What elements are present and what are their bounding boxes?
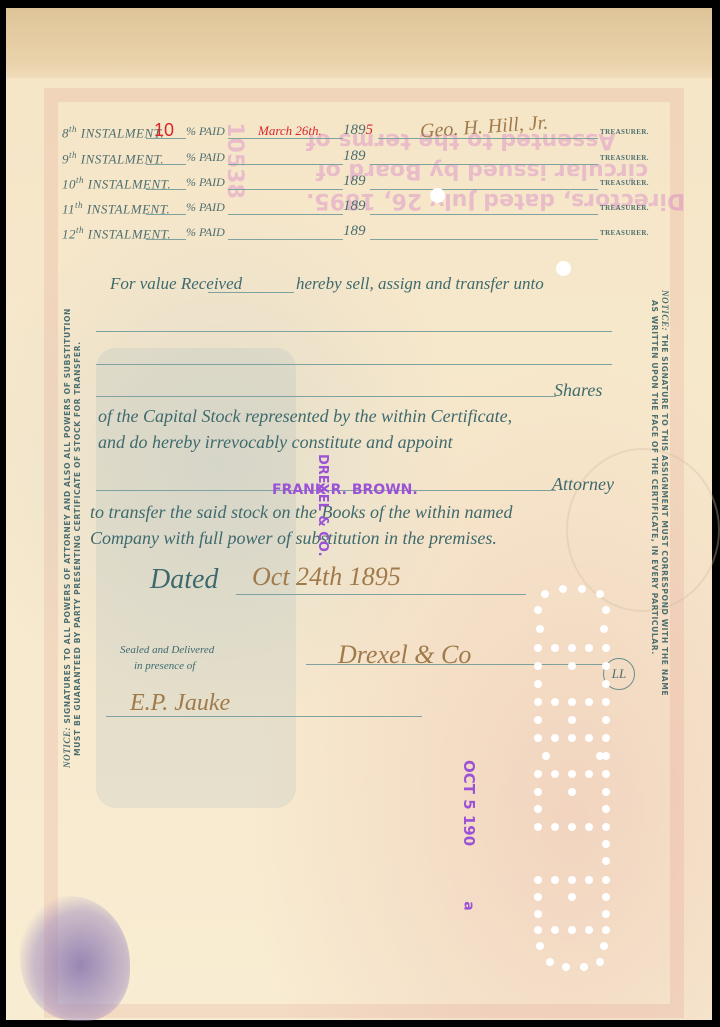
transfer-books-line: to transfer the said stock on the Books … xyxy=(90,502,512,523)
paid-year: 189 xyxy=(343,173,366,190)
percent-paid-label: % PAID xyxy=(186,175,225,190)
instalment-row: 10th INSTALMENT. % PAID 189 TREASURER. xyxy=(6,175,712,195)
dated-label: Dated xyxy=(150,564,218,596)
treasurer-label: TREASURER. xyxy=(600,154,649,162)
instalment-row: 8th INSTALMENT. 10 % PAID March 26th. 18… xyxy=(6,124,712,144)
paid-year: 189 xyxy=(343,198,366,215)
punch-hole xyxy=(556,261,571,276)
in-presence-of-label: in presence of xyxy=(134,660,195,672)
top-stain xyxy=(6,8,712,78)
witness-signature: E.P. Jauke xyxy=(130,690,230,717)
embossed-seal xyxy=(566,448,720,612)
shares-label: Shares xyxy=(554,380,602,401)
percent-paid-label: % PAID xyxy=(186,225,225,240)
constitute-appoint-line: and do hereby irrevocably constitute and… xyxy=(98,432,453,453)
paid-year: 1895 xyxy=(343,122,373,139)
treasurer-label: TREASURER. xyxy=(600,229,649,237)
sell-assign-transfer: hereby sell, assign and transfer unto xyxy=(296,274,544,294)
sealed-delivered-label: Sealed and Delivered xyxy=(120,644,214,656)
percent-paid-label: % PAID xyxy=(186,124,225,139)
paid-year: 189 xyxy=(343,148,366,165)
right-margin-notice: NOTICE: THE SIGNATURE TO THIS ASSIGNMENT… xyxy=(649,290,670,710)
attorney-name-stamp: FRANK R. BROWN. xyxy=(272,482,418,498)
date-received-stamp: OCT 5 190 xyxy=(460,760,478,846)
left-margin-notice: NOTICE: SIGNATURES TO ALL POWERS OF ATTO… xyxy=(62,248,83,768)
dated-value: Oct 24th 1895 xyxy=(252,562,401,592)
instalment-row: 9th INSTALMENT. % PAID 189 TREASURER. xyxy=(6,150,712,170)
paid-date: March 26th. xyxy=(258,123,322,139)
paid-year: 189 xyxy=(343,223,366,240)
percent-paid-label: % PAID xyxy=(186,200,225,215)
assignor-signature: Drexel & Co xyxy=(338,640,471,670)
for-value-received: For value Received xyxy=(110,274,242,294)
date-stamp-suffix: a xyxy=(461,901,477,910)
percent-paid-label: % PAID xyxy=(186,150,225,165)
treasurer-label: TREASURER. xyxy=(600,204,649,212)
treasurer-label: TREASURER. xyxy=(600,179,649,187)
instalment-row: 12th INSTALMENT. % PAID 189 TREASURER. xyxy=(6,225,712,245)
drexel-vertical-stamp: DREXEL & CO. xyxy=(315,454,330,557)
attorney-label: Attorney xyxy=(552,474,614,495)
punch-hole xyxy=(430,188,445,203)
percent-paid-value: 10 xyxy=(154,120,174,141)
certificate-back: Assented to the terms of circular issued… xyxy=(6,8,712,1020)
treasurer-label: TREASURER. xyxy=(600,128,649,136)
capital-stock-line: of the Capital Stock represented by the … xyxy=(98,406,512,427)
instalment-row: 11th INSTALMENT. % PAID 189 TREASURER. xyxy=(6,200,712,220)
power-substitution-line: Company with full power of substitution … xyxy=(90,528,497,549)
